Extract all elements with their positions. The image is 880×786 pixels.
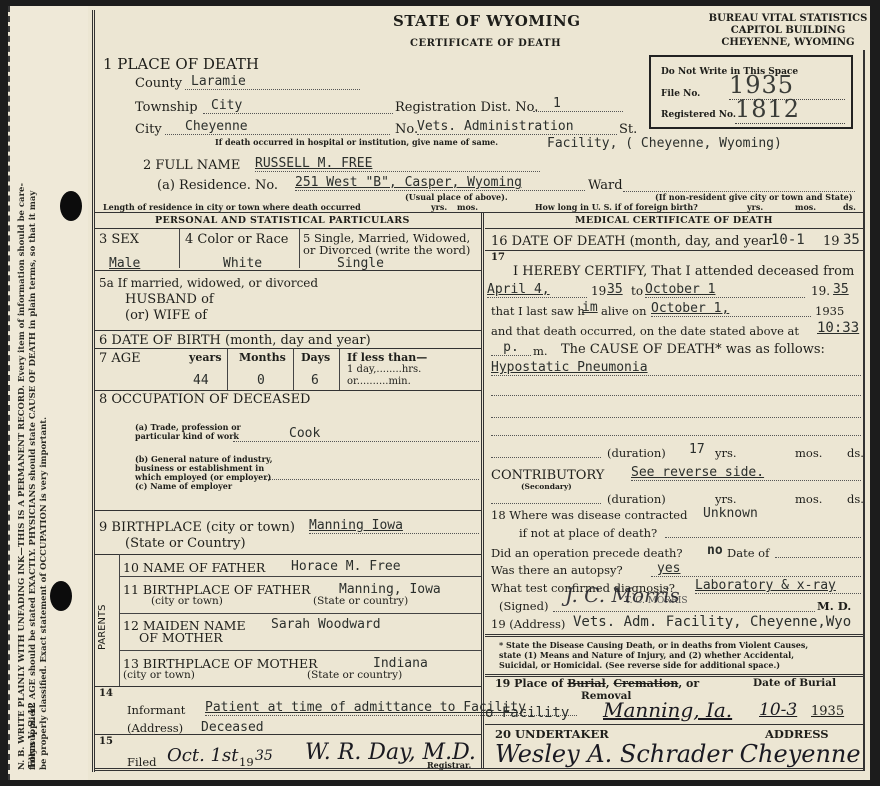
punch-hole (50, 581, 72, 611)
file-number-box: Do Not Write in This Space File No. 1935… (649, 55, 853, 129)
personal-particulars-heading: PERSONAL AND STATISTICAL PARTICULARS (155, 215, 410, 226)
residence-field: 251 West "B", Casper, Wyoming (295, 175, 585, 191)
date-of-death-field: 10-1 (771, 232, 805, 248)
registered-number: 1812 (735, 95, 845, 124)
place-of-death-heading: 1 PLACE OF DEATH (103, 55, 259, 73)
undertaker-signature: Wesley A. Schrader Cheyenne (495, 740, 861, 768)
sex-field: Male (109, 256, 140, 271)
mother-maiden-name-field: Sarah Woodward (271, 617, 381, 632)
trade-field: Cook (233, 426, 479, 442)
last-saw-date-field: October 1, (651, 301, 811, 317)
physician-address-field: Vets. Adm. Facility, Cheyenne,Wyo (573, 614, 851, 630)
informant-address-field: Deceased (201, 720, 264, 735)
age-days-field: 6 (311, 373, 319, 388)
instructions: N. B. WRITE PLAINLY WITH UNFADING INK—TH… (17, 183, 50, 770)
attended-to-field: October 1 (645, 282, 805, 298)
time-of-death-field: 10:33 (817, 320, 859, 336)
county-field: Laramie (185, 74, 360, 90)
bureau-address: BUREAU VITAL STATISTICS CAPITOL BUILDING… (703, 13, 873, 49)
burial-place-field: Manning, Ia. (603, 698, 732, 722)
last-saw-year: 1935 (815, 304, 844, 318)
marital-status-field: Single (337, 256, 384, 271)
burial-label: 19 Place of Burial, Cremation, or (495, 677, 699, 690)
contributory-field: See reverse side. (631, 465, 861, 481)
medical-certificate-heading: MEDICAL CERTIFICATE OF DEATH (575, 215, 773, 226)
diagnosis-test-field: Laboratory & x-ray (695, 578, 861, 594)
duration-years-field: 17 (689, 442, 705, 457)
attended-from-field: April 4, (487, 282, 587, 298)
instruction-stub: Form V. S. 12 N. B. WRITE PLAINLY WITH U… (10, 6, 88, 780)
punch-hole (60, 191, 82, 221)
certificate-body: STATE OF WYOMING CERTIFICATE OF DEATH BU… (92, 10, 862, 772)
disease-contracted-field: Unknown (703, 506, 758, 521)
parents-label: PARENTS (97, 605, 108, 650)
full-name-field: RUSSELL M. FREE (255, 156, 540, 172)
city-field: Cheyenne (165, 119, 390, 135)
filed-year: 35 (255, 748, 273, 764)
birthplace-field: Manning Iowa (309, 518, 479, 534)
cause-footnote: * State the Disease Causing Death, or in… (499, 640, 808, 670)
state-title: STATE OF WYOMING (393, 12, 581, 30)
age-years-field: 44 (193, 373, 209, 388)
ward-field (623, 178, 855, 192)
institution-continued: Facility, ( Cheyenne, Wyoming) (547, 136, 782, 151)
filed-date: Oct. 1st (167, 745, 238, 766)
certificate-title: CERTIFICATE OF DEATH (410, 38, 561, 49)
township-field: City (203, 98, 393, 114)
death-certificate: Form V. S. 12 N. B. WRITE PLAINLY WITH U… (8, 6, 870, 780)
registration-district-field: 1 (533, 96, 623, 112)
age-months-field: 0 (257, 373, 265, 388)
autopsy-field: yes (651, 561, 861, 577)
burial-date-field: 10-3 (759, 700, 797, 720)
industry-field (265, 470, 479, 480)
meridiem-field: p. (491, 340, 531, 356)
race-field: White (223, 256, 262, 271)
institution-field: Vets. Administration (417, 119, 617, 135)
operation-field: no (707, 543, 723, 558)
physician-signature: J. C. Morris (565, 583, 680, 607)
cause-of-death-field: Hypostatic Pneumonia (491, 360, 861, 376)
father-name-field: Horace M. Free (291, 559, 401, 574)
